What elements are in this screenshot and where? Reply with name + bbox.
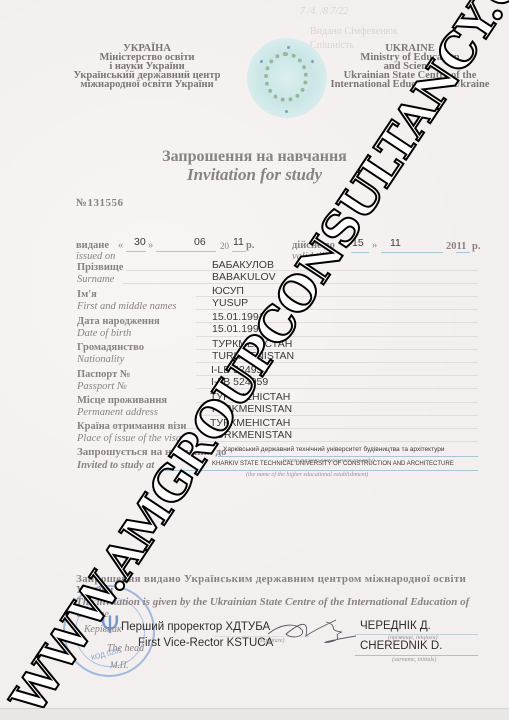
head-label-uk: Керівник — [84, 624, 122, 635]
valid-month-line — [381, 252, 443, 253]
field-value-en: 15.01.1991 — [212, 323, 265, 335]
issued-year-suffix: р. — [246, 240, 254, 251]
field-value-en: TURKMENISTAN — [212, 350, 294, 362]
field-line — [186, 428, 478, 429]
issued-label-uk: видане — [76, 240, 109, 251]
field-label-en: Permanent address — [77, 407, 158, 418]
seal-place-label: М.П. — [110, 660, 129, 670]
valid-label-uk: дійсне до — [292, 240, 335, 251]
signatory-title-uk: Перший проректор ХДТУБА — [121, 621, 270, 633]
field-label-uk: Країна отримання візи — [77, 421, 186, 432]
field-label-en: Passport № — [77, 381, 127, 392]
valid-open-quote: « — [342, 240, 347, 251]
emblem-dot — [311, 60, 314, 63]
signatory-title-en: First Vice-Rector KSTUCA — [138, 637, 273, 649]
centre-uk-2: міжнародної освіти України — [72, 80, 222, 89]
study-label-en: Invited to study at — [77, 460, 154, 471]
field-line — [196, 296, 478, 297]
emblem-dot — [260, 60, 263, 63]
field-line — [196, 388, 478, 389]
wreath-ring — [264, 52, 308, 102]
issued-day-line — [126, 251, 146, 252]
issued-month: 06 — [194, 236, 206, 248]
study-hint-en: (the name of the higher educational esta… — [246, 472, 368, 478]
document-title-uk: Запрошення на навчання — [0, 148, 509, 166]
declaration-uk: Запрошення видано Українським державним … — [76, 573, 466, 585]
emblem-dot — [285, 110, 288, 113]
field-line — [196, 349, 478, 350]
field-value-en: TURKMENISTAN — [210, 403, 292, 415]
field-line — [196, 322, 478, 323]
issued-century: 20 — [220, 241, 229, 251]
field-label-uk: Дата народження — [77, 316, 160, 327]
header-issuer-en: UKRAINE Ministry of Education and Scienc… — [330, 44, 490, 89]
scan-edge — [0, 708, 509, 720]
invitation-document: 7 /4. /8 7/22 Видано Сімфевенюк Спішніст… — [0, 0, 509, 708]
issued-label-en: issued on — [76, 251, 115, 262]
field-line — [196, 309, 478, 310]
field-value-en: TURKMENISTAN — [210, 429, 292, 441]
emblem-dot — [287, 46, 290, 49]
issued-month-line — [156, 251, 216, 252]
wreath-emblem-icon — [247, 38, 327, 118]
field-value-en: BABAKULOV — [212, 271, 276, 283]
field-value-en: I-LB 524959 — [211, 376, 268, 388]
signature-icon — [266, 612, 358, 646]
valid-day-line — [351, 252, 369, 253]
name-line-en — [355, 655, 478, 656]
study-line-en — [165, 470, 478, 471]
field-label-en: First and middle names — [77, 301, 176, 312]
field-line — [126, 270, 478, 271]
field-value-en: YUSUP — [212, 297, 248, 309]
field-line — [122, 283, 478, 284]
field-label-en: Place of issue of the visa — [77, 433, 181, 444]
issued-open-quote: « — [118, 240, 123, 251]
declaration-uk-2: України — [76, 585, 113, 596]
field-line — [196, 402, 478, 403]
header-issuer-uk: УКРАЇНА Міністерство освіти і науки Укра… — [72, 44, 222, 89]
valid-year-line — [456, 252, 470, 253]
issued-day: 30 — [134, 236, 146, 248]
signatory-name-uk: ЧЕРЕДНІК Д. — [360, 620, 431, 632]
valid-day: 15 — [352, 237, 364, 249]
field-label-en: Date of birth — [77, 328, 131, 339]
study-value-en: KHARKIV STATE TECHNICAL UNIVERSITY OF CO… — [212, 461, 454, 467]
field-label-en: Nationality — [77, 354, 124, 365]
declaration-en: The invitation is given by the Ukrainian… — [76, 596, 469, 608]
valid-label-en: valid till — [292, 251, 327, 262]
field-label-uk: Місце проживання — [77, 395, 167, 406]
field-label-uk: Паспорт № — [77, 369, 130, 380]
valid-close-quote: » — [372, 240, 377, 251]
field-line — [196, 336, 478, 337]
issued-close-quote: » — [148, 240, 153, 251]
document-number: №131556 — [76, 197, 124, 209]
field-label-en: Surname — [77, 274, 114, 285]
document-title-en: Invitation for study — [0, 165, 509, 185]
field-line — [196, 375, 478, 376]
valid-year: 2011 — [446, 241, 466, 252]
study-value-uk: Харківський державний технічний універси… — [223, 446, 445, 453]
field-line — [196, 362, 478, 363]
issued-year-line — [232, 251, 246, 252]
field-label-uk: Ім'я — [77, 289, 97, 300]
name-hint-en: (surname, initials) — [392, 657, 436, 663]
centre-en-2: International Education of Ukraine — [330, 80, 490, 89]
study-label-uk: Запрошується на навчання до — [77, 446, 227, 458]
field-line — [186, 441, 478, 442]
field-label-uk: Громадянство — [77, 342, 144, 353]
field-line — [196, 415, 478, 416]
valid-month: 11 — [390, 237, 401, 249]
issued-year: 11 — [233, 236, 244, 248]
valid-year-suffix: р. — [472, 241, 480, 252]
field-label-uk: Прізвище — [77, 262, 123, 273]
declaration-en-2: Ukraine — [76, 609, 109, 620]
signatory-name-en: CHEREDNIK D. — [360, 640, 442, 652]
study-line-uk — [218, 456, 478, 457]
